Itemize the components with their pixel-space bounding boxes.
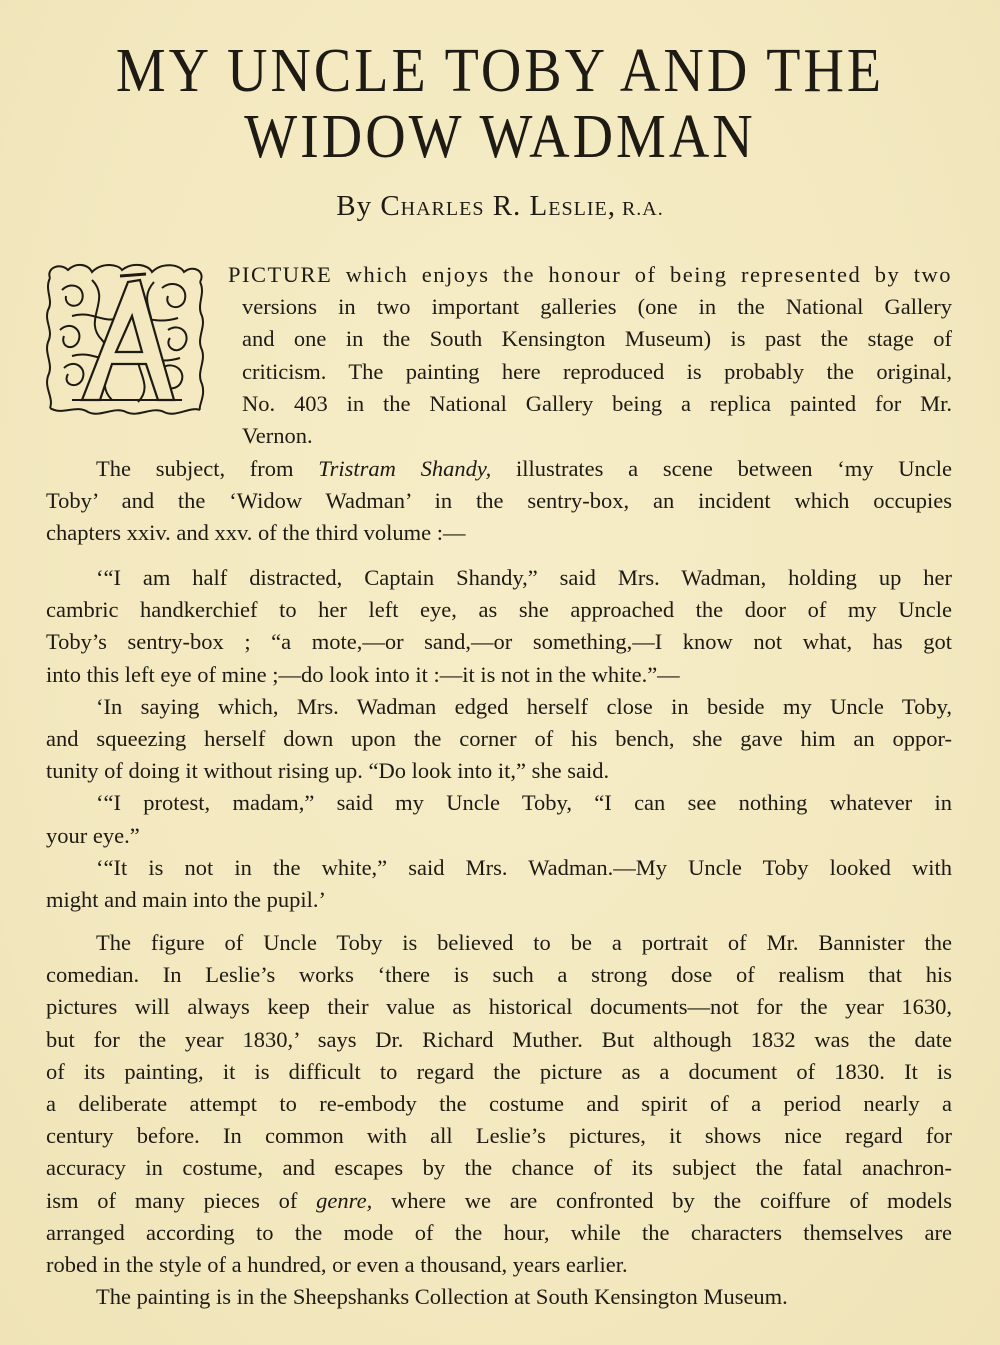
text-line: PICTURE which enjoys the honour of being… (228, 259, 952, 291)
byline-suffix: R.A. (616, 198, 664, 220)
text-line: The figure of Uncle Toby is believed to … (46, 927, 952, 959)
text-line: pictures will always keep their value as… (46, 991, 952, 1023)
text-line: Vernon. (242, 420, 952, 452)
text-span: The subject, from (96, 456, 318, 481)
text-line: into this left eye of mine ;—do look int… (46, 659, 952, 691)
text-line: versions in two important galleries (one… (242, 291, 952, 323)
text-line: chapters xxiv. and xxv. of the third vol… (46, 517, 952, 549)
text-line: Toby’s sentry-box ; “a mote,—or sand,—or… (46, 626, 952, 658)
text-line: robed in the style of a hundred, or even… (46, 1249, 952, 1281)
byline-author: Charles R. Leslie, (380, 190, 616, 222)
closing-line: The painting is in the Sheepshanks Colle… (46, 1281, 952, 1313)
text-line: ‘“It is not in the white,” said Mrs. Wad… (46, 852, 952, 884)
text-line: might and main into the pupil.’ (46, 884, 952, 916)
text-line: No. 403 in the National Gallery being a … (242, 388, 952, 420)
paragraph-commentary: The figure of Uncle Toby is believed to … (46, 927, 952, 1313)
text-line: century before. In common with all Lesli… (46, 1120, 952, 1152)
text-span: ism of many pieces of (46, 1188, 316, 1213)
text-line: a deliberate attempt to re-embody the co… (46, 1088, 952, 1120)
text-line: cambric handkerchief to her left eye, as… (46, 594, 952, 626)
quoted-passage: ‘“I am half distracted, Captain Shandy,”… (46, 562, 952, 916)
text-line: arranged according to the mode of the ho… (46, 1217, 952, 1249)
genre-italic: genre, (316, 1188, 372, 1213)
document-page: MY UNCLE TOBY AND THE WIDOW WADMAN By Ch… (0, 0, 1000, 1345)
paragraph-intro: PICTURE which enjoys the honour of being… (228, 259, 952, 452)
text-line: but for the year 1830,’ says Dr. Richard… (46, 1024, 952, 1056)
text-span: where we are confronted by the coiffure … (372, 1188, 952, 1213)
text-line: tunity of doing it without rising up. “D… (46, 755, 952, 787)
byline: By Charles R. Leslie, R.A. (0, 190, 1000, 223)
paragraph-subject: The subject, from Tristram Shandy, illus… (46, 453, 952, 550)
text-line: your eye.” (46, 820, 952, 852)
article-title-line-2: WIDOW WADMAN (0, 100, 1000, 174)
text-line: ‘“I am half distracted, Captain Shandy,”… (46, 562, 952, 594)
text-line: of its painting, it is difficult to rega… (46, 1056, 952, 1088)
text-line: and squeezing herself down upon the corn… (46, 723, 952, 755)
byline-prefix: By (336, 190, 380, 222)
text-line: and one in the South Kensington Museum) … (242, 323, 952, 355)
text-span: illustrates a scene between ‘my Uncle (491, 456, 952, 481)
text-line: accuracy in costume, and escapes by the … (46, 1152, 952, 1184)
text-line: criticism. The painting here reproduced … (242, 356, 952, 388)
article-title-line-1: MY UNCLE TOBY AND THE (0, 34, 1000, 108)
text-line: ‘In saying which, Mrs. Wadman edged hers… (46, 691, 952, 723)
book-title-italic: Tristram Shandy, (318, 456, 491, 481)
ornamental-initial-a-icon (42, 260, 208, 416)
text-line: ‘“I protest, madam,” said my Uncle Toby,… (46, 787, 952, 819)
text-line: ism of many pieces of genre, where we ar… (46, 1185, 952, 1217)
text-line: Toby’ and the ‘Widow Wadman’ in the sent… (46, 485, 952, 517)
text-line: comedian. In Leslie’s works ‘there is su… (46, 959, 952, 991)
text-line: The subject, from Tristram Shandy, illus… (46, 453, 952, 485)
